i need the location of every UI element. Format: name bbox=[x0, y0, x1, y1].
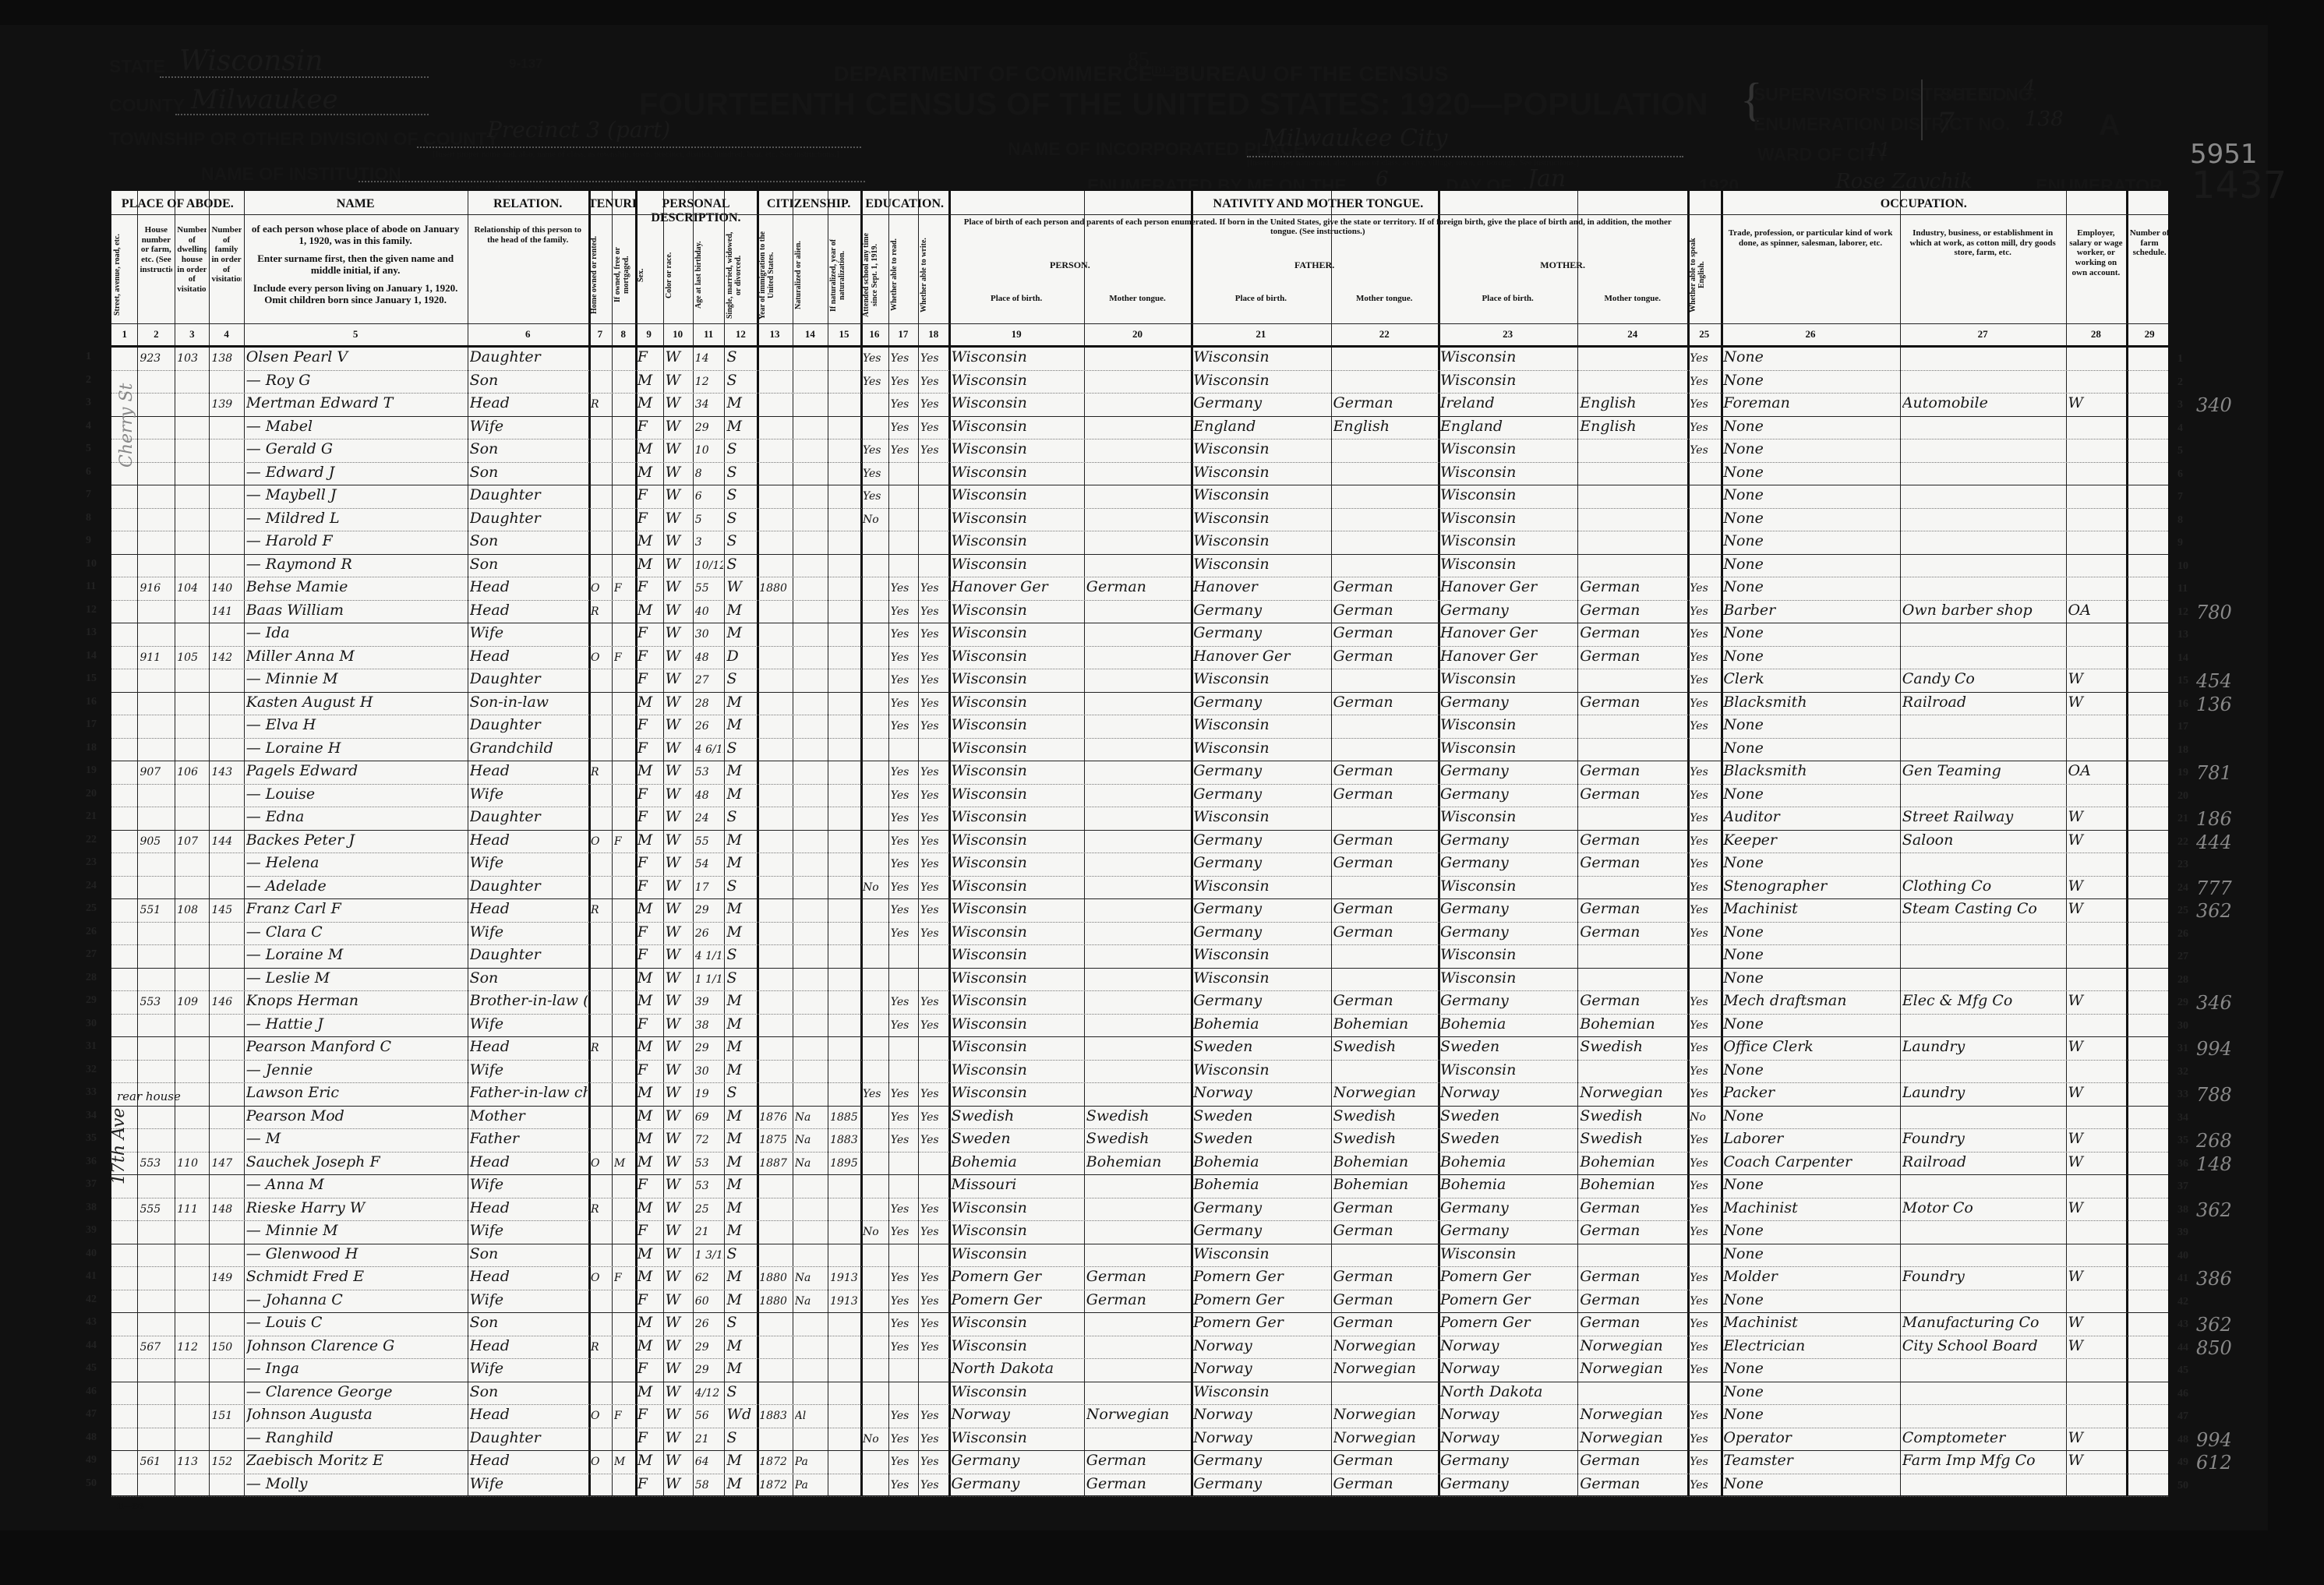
cell-relation: Head bbox=[470, 394, 588, 411]
cell-industry: Automobile bbox=[1902, 394, 2065, 411]
cell-nat: Pa bbox=[795, 1479, 827, 1491]
column-header-c7: Home owned or rented. bbox=[590, 228, 610, 322]
cell-house: 553 bbox=[140, 996, 174, 1008]
line-number-right: 38 bbox=[2177, 1204, 2188, 1216]
cell-sex: M bbox=[638, 1038, 662, 1055]
cell-relation: Wife bbox=[470, 1176, 588, 1193]
cell-mpob: Wisconsin bbox=[1440, 740, 1577, 757]
table-row[interactable]: Pearson Manford CHeadRMW29MWisconsinSwed… bbox=[111, 1036, 2168, 1060]
table-row[interactable]: 567112150Johnson Clarence GHeadRMW29MYes… bbox=[111, 1336, 2168, 1359]
cell-mpob: Hanover Ger bbox=[1440, 624, 1577, 641]
cell-english: Yes bbox=[1690, 881, 1720, 894]
cell-mpob: Norway bbox=[1440, 1406, 1577, 1423]
table-row[interactable]: — Harold FSonMW3SWisconsinWisconsinWisco… bbox=[111, 531, 2168, 554]
line-number-right: 37 bbox=[2177, 1181, 2188, 1193]
table-row[interactable]: — Leslie MSonMW1 1/12SWisconsinWisconsin… bbox=[111, 968, 2168, 991]
table-row[interactable]: — Hattie JWifeFW38MYesYesWisconsinBohemi… bbox=[111, 1014, 2168, 1037]
form-number: 9-137 bbox=[509, 56, 542, 72]
cell-age: 4 1/12 bbox=[695, 950, 724, 962]
cell-marital: S bbox=[726, 1383, 756, 1400]
column-header-c25: Whether able to speak English. bbox=[1689, 228, 1719, 322]
name-header-line: Enter surname first, then the given name… bbox=[249, 253, 463, 277]
cell-write: Yes bbox=[920, 674, 948, 687]
cell-read: Yes bbox=[891, 812, 917, 824]
cell-sex: M bbox=[638, 831, 662, 849]
cell-name: — Minnie M bbox=[246, 670, 467, 687]
column-header-c6: Relationship of this person to the head … bbox=[470, 225, 586, 245]
cell-read: Yes bbox=[891, 835, 917, 848]
line-number-left: 2 bbox=[86, 374, 91, 387]
cell-sex: F bbox=[638, 348, 662, 365]
column-header-c17: Whether able to read. bbox=[890, 228, 917, 322]
cell-read: Yes bbox=[891, 582, 917, 595]
line-number-right: 23 bbox=[2177, 859, 2188, 871]
cell-marital: M bbox=[726, 694, 756, 711]
cell-read: Yes bbox=[891, 1410, 917, 1422]
cell-mpob: Wisconsin bbox=[1440, 877, 1577, 895]
cell-name: — Raymond R bbox=[246, 556, 467, 573]
cell-trade: Packer bbox=[1723, 1084, 1898, 1101]
cell-write: Yes bbox=[920, 1203, 948, 1216]
cell-dwelling: 107 bbox=[177, 835, 208, 848]
column-header-c15: If naturalized, year of naturalization. bbox=[829, 228, 859, 322]
cell-mort: F bbox=[614, 835, 634, 848]
line-number-right: 17 bbox=[2177, 721, 2188, 733]
cell-mtongue: German bbox=[1580, 785, 1686, 803]
cell-marital: M bbox=[726, 1337, 756, 1354]
cell-write: Yes bbox=[920, 1019, 948, 1032]
column-number: 5 bbox=[244, 328, 468, 341]
table-row[interactable]: 553110147Sauchek Joseph FHeadOMMW53M1887… bbox=[111, 1152, 2168, 1175]
table-row[interactable]: — JennieWifeFW30MWisconsinWisconsinWisco… bbox=[111, 1060, 2168, 1083]
group-header-relation: RELATION. bbox=[468, 197, 588, 211]
table-row[interactable]: — Glenwood HSonMW1 3/12SWisconsinWiscons… bbox=[111, 1244, 2168, 1267]
table-row[interactable]: — Clara CWifeFW26MYesYesWisconsinGermany… bbox=[111, 922, 2168, 945]
cell-read: Yes bbox=[891, 651, 917, 664]
cell-trade: Mech draftsman bbox=[1723, 992, 1898, 1009]
cell-mtongue: German bbox=[1580, 1268, 1686, 1285]
pencil-occupation-code: 340 bbox=[2196, 394, 2232, 416]
table-row[interactable]: 905107144Backes Peter JHeadOFMW55MYesYes… bbox=[111, 830, 2168, 853]
table-row[interactable]: — Anna MWifeFW53MMissouriBohemiaBohemian… bbox=[111, 1174, 2168, 1198]
column-header-c23: Place of birth. bbox=[1440, 294, 1575, 304]
cell-marital: M bbox=[726, 1038, 756, 1055]
cell-pob: Wisconsin bbox=[951, 1337, 1083, 1354]
cell-name: — Glenwood H bbox=[246, 1245, 467, 1262]
subgroup-person: PERSON. bbox=[948, 259, 1191, 271]
cell-trade: None bbox=[1723, 1015, 1898, 1033]
table-row[interactable]: — Minnie MDaughterFW27SYesYesWisconsinWi… bbox=[111, 669, 2168, 692]
table-row[interactable]: 911105142Miller Anna MHeadOFFW48DYesYesW… bbox=[111, 646, 2168, 669]
cell-race: W bbox=[666, 1337, 692, 1354]
cell-pob: Wisconsin bbox=[951, 740, 1083, 757]
column-header-c9: Sex. bbox=[637, 228, 662, 322]
table-row[interactable]: — Clarence GeorgeSonMW4/12SWisconsinWisc… bbox=[111, 1382, 2168, 1405]
cell-age: 29 bbox=[695, 422, 724, 434]
cell-family: 146 bbox=[211, 996, 242, 1008]
cell-marital: M bbox=[726, 1061, 756, 1078]
cell-english: Yes bbox=[1690, 1433, 1720, 1446]
cell-ftongue: German bbox=[1333, 648, 1437, 665]
column-header-c16: Attended school any time since Sept. 1, … bbox=[862, 228, 887, 322]
cell-trade: None bbox=[1723, 1360, 1898, 1377]
cell-ftongue: German bbox=[1333, 1475, 1437, 1492]
table-row[interactable]: 149Schmidt Fred EHeadOFMW62M1880Na1913Ye… bbox=[111, 1266, 2168, 1290]
cell-ftongue: German bbox=[1333, 1222, 1437, 1239]
cell-name: — Minnie M bbox=[246, 1222, 467, 1239]
table-row[interactable]: 141Baas WilliamHeadRMW40MYesYesWisconsin… bbox=[111, 600, 2168, 623]
table-row[interactable]: Pearson ModMotherMW69M1876Na1885YesYesSw… bbox=[111, 1106, 2168, 1129]
cell-fpob: Wisconsin bbox=[1193, 1245, 1330, 1262]
cell-relation: Daughter bbox=[470, 1429, 588, 1446]
cell-tongue: German bbox=[1086, 578, 1190, 595]
cell-sex: M bbox=[638, 1130, 662, 1147]
cell-ftongue: German bbox=[1333, 1314, 1437, 1331]
cell-mpob: Germany bbox=[1440, 992, 1577, 1009]
cell-pob: Wisconsin bbox=[951, 1383, 1083, 1400]
cell-relation: Head bbox=[470, 900, 588, 917]
pencil-occupation-code: 850 bbox=[2196, 1337, 2232, 1359]
cell-write: Yes bbox=[920, 1318, 948, 1330]
cell-marital: M bbox=[726, 900, 756, 917]
line-number-right: 26 bbox=[2177, 928, 2188, 941]
cell-fpob: Pomern Ger bbox=[1193, 1291, 1330, 1308]
cell-age: 72 bbox=[695, 1134, 724, 1146]
name-header-line: of each person whose place of abode on J… bbox=[249, 224, 463, 247]
line-number-left: 10 bbox=[86, 558, 97, 570]
rear-house-note: rear house bbox=[117, 1089, 181, 1103]
cell-marital: M bbox=[726, 762, 756, 779]
table-row[interactable]: 553109146Knops HermanBrother-in-law (Hea… bbox=[111, 990, 2168, 1014]
pencil-occupation-code: 362 bbox=[2196, 1314, 2232, 1336]
line-number-left: 12 bbox=[86, 604, 97, 616]
cell-age: 29 bbox=[695, 1042, 724, 1054]
cell-class: W bbox=[2068, 394, 2126, 411]
cell-ftongue: German bbox=[1333, 694, 1437, 711]
table-row[interactable]: 151Johnson AugustaHeadOFFW56Wd1883AlYesY… bbox=[111, 1404, 2168, 1428]
cell-race: W bbox=[666, 785, 692, 803]
table-row[interactable]: — EdnaDaughterFW24SYesYesWisconsinWiscon… bbox=[111, 807, 2168, 830]
cell-name: — Loraine M bbox=[246, 946, 467, 963]
cell-fpob: Wisconsin bbox=[1193, 670, 1330, 687]
cell-mort: M bbox=[614, 1456, 634, 1468]
cell-age: 48 bbox=[695, 789, 724, 802]
table-row[interactable]: — Edward JSonMW8SYesWisconsinWisconsinWi… bbox=[111, 462, 2168, 485]
cell-sex: F bbox=[638, 1176, 662, 1193]
cell-ftongue: German bbox=[1333, 394, 1437, 411]
cell-ftongue: Norwegian bbox=[1333, 1429, 1437, 1446]
cell-marital: S bbox=[726, 877, 756, 895]
line-number-right: 19 bbox=[2177, 767, 2188, 779]
cell-ftongue: German bbox=[1333, 578, 1437, 595]
cell-fpob: Hanover Ger bbox=[1193, 648, 1330, 665]
line-number-left: 17 bbox=[86, 718, 97, 731]
cell-mtongue: German bbox=[1580, 694, 1686, 711]
table-row[interactable]: — MabelWifeFW29MYesYesWisconsinEnglandEn… bbox=[111, 416, 2168, 439]
table-row[interactable]: — HelenaWifeFW54MYesYesWisconsinGermanyG… bbox=[111, 853, 2168, 876]
table-row[interactable]: 916104140Behse MamieHeadOFFW55W1880YesYe… bbox=[111, 577, 2168, 600]
cell-race: W bbox=[666, 1245, 692, 1262]
cell-mtongue: German bbox=[1580, 602, 1686, 619]
table-row[interactable]: — Gerald GSonMW10SYesYesYesWisconsinWisc… bbox=[111, 439, 2168, 462]
cell-age: 53 bbox=[695, 766, 724, 778]
column-number: 16 bbox=[860, 328, 888, 341]
cell-marital: M bbox=[726, 624, 756, 641]
cell-relation: Brother-in-law (Head) bbox=[470, 992, 588, 1009]
cell-write: Yes bbox=[920, 720, 948, 732]
line-number-left: 11 bbox=[86, 581, 96, 593]
cell-relation: Son bbox=[470, 556, 588, 573]
column-header-c1: Street, avenue, road, etc. bbox=[113, 228, 136, 322]
cell-read: Yes bbox=[891, 904, 917, 916]
line-number-left: 9 bbox=[86, 535, 91, 547]
cell-pob: Wisconsin bbox=[951, 716, 1083, 733]
table-row[interactable]: — RanghildDaughterFW21SNoYesYesWisconsin… bbox=[111, 1428, 2168, 1451]
cell-industry: Gen Teaming bbox=[1902, 762, 2065, 779]
cell-race: W bbox=[666, 578, 692, 595]
cell-english: Yes bbox=[1690, 1479, 1720, 1491]
cell-mpob: Wisconsin bbox=[1440, 808, 1577, 825]
cell-trade: Electrician bbox=[1723, 1337, 1898, 1354]
cell-marital: M bbox=[726, 716, 756, 733]
ward-value: 11 bbox=[1867, 139, 1891, 161]
cell-age: 4/12 bbox=[695, 1387, 724, 1400]
cell-mtongue: German bbox=[1580, 578, 1686, 595]
table-row[interactable]: — Johanna CWifeFW60M1880Na1913YesYesPome… bbox=[111, 1290, 2168, 1313]
cell-english: Yes bbox=[1690, 1157, 1720, 1170]
cell-marital: M bbox=[726, 1291, 756, 1308]
cell-fpob: Wisconsin bbox=[1193, 1061, 1330, 1078]
cell-mpob: Hanover Ger bbox=[1440, 578, 1577, 595]
cell-mort: F bbox=[614, 582, 634, 595]
cell-pob: Pomern Ger bbox=[951, 1291, 1083, 1308]
line-number-left: 40 bbox=[86, 1248, 97, 1260]
line-number-right: 30 bbox=[2177, 1020, 2188, 1033]
cell-name: — Maybell J bbox=[246, 486, 467, 503]
cell-trade: None bbox=[1723, 716, 1898, 733]
table-row[interactable]: — AdeladeDaughterFW17SNoYesYesWisconsinW… bbox=[111, 876, 2168, 899]
table-row[interactable]: — IngaWifeFW29MNorth DakotaNorwayNorwegi… bbox=[111, 1358, 2168, 1382]
column-number: 24 bbox=[1577, 328, 1687, 341]
cell-marital: S bbox=[726, 1429, 756, 1446]
cell-race: W bbox=[666, 992, 692, 1009]
line-number-right: 49 bbox=[2177, 1456, 2188, 1469]
cell-english: Yes bbox=[1690, 376, 1720, 388]
cell-mpob: Bohemia bbox=[1440, 1015, 1577, 1033]
line-number-left: 37 bbox=[86, 1178, 97, 1191]
cell-english: Yes bbox=[1690, 651, 1720, 664]
cell-name: — Ranghild bbox=[246, 1429, 467, 1446]
line-number-left: 39 bbox=[86, 1224, 97, 1237]
cell-relation: Daughter bbox=[470, 486, 588, 503]
cell-fpob: Germany bbox=[1193, 785, 1330, 803]
cell-industry: Manufacturing Co bbox=[1902, 1314, 2065, 1331]
cell-mtongue: German bbox=[1580, 624, 1686, 641]
cell-sex: F bbox=[638, 1291, 662, 1308]
cell-fpob: Wisconsin bbox=[1193, 969, 1330, 987]
line-number-right: 20 bbox=[2177, 790, 2188, 803]
cell-age: 53 bbox=[695, 1180, 724, 1192]
line-number-left: 50 bbox=[86, 1477, 97, 1490]
cell-pob: Wisconsin bbox=[951, 1061, 1083, 1078]
cell-marital: S bbox=[726, 372, 756, 389]
line-number-right: 21 bbox=[2177, 813, 2188, 825]
cell-family: 141 bbox=[211, 605, 242, 618]
cell-class: W bbox=[2068, 1337, 2126, 1354]
cell-fpob: England bbox=[1193, 418, 1330, 435]
cell-ftongue: Swedish bbox=[1333, 1107, 1437, 1124]
table-row[interactable]: — Louis CSonMW26SYesYesWisconsinPomern G… bbox=[111, 1312, 2168, 1336]
line-number-right: 6 bbox=[2177, 468, 2183, 481]
cell-trade: None bbox=[1723, 923, 1898, 941]
cell-pob: Wisconsin bbox=[951, 762, 1083, 779]
cell-mtongue: German bbox=[1580, 1314, 1686, 1331]
cell-english: Yes bbox=[1690, 1203, 1720, 1216]
table-row[interactable]: 551108145Franz Carl FHeadRMW29MYesYesWis… bbox=[111, 898, 2168, 922]
line-number-right: 35 bbox=[2177, 1135, 2188, 1147]
cell-mtongue: German bbox=[1580, 648, 1686, 665]
cell-mpob: Wisconsin bbox=[1440, 510, 1577, 527]
cell-pob: Wisconsin bbox=[951, 464, 1083, 481]
cell-ftongue: Bohemian bbox=[1333, 1015, 1437, 1033]
table-row[interactable]: — LouiseWifeFW48MYesYesWisconsinGermanyG… bbox=[111, 784, 2168, 807]
column-header-c21: Place of birth. bbox=[1193, 294, 1328, 304]
cell-age: 17 bbox=[695, 881, 724, 894]
cell-family: 145 bbox=[211, 904, 242, 916]
cell-school: Yes bbox=[863, 490, 888, 503]
cell-relation: Son bbox=[470, 440, 588, 457]
cell-fpob: Wisconsin bbox=[1193, 716, 1330, 733]
group-header-name: NAME bbox=[244, 197, 468, 211]
cell-tongue: Norwegian bbox=[1086, 1406, 1190, 1423]
table-row[interactable]: 139Mertman Edward THeadRMW34MYesYesWisco… bbox=[111, 393, 2168, 416]
table-row[interactable]: — Loraine MDaughterFW4 1/12SWisconsinWis… bbox=[111, 944, 2168, 968]
table-row[interactable]: — Loraine HGrandchildFW4 6/12SWisconsinW… bbox=[111, 738, 2168, 761]
table-row[interactable]: — Elva HDaughterFW26MYesYesWisconsinWisc… bbox=[111, 715, 2168, 738]
line-number-right: 29 bbox=[2177, 997, 2188, 1009]
cell-fpob: Bohemia bbox=[1193, 1153, 1330, 1170]
cell-fpob: Pomern Ger bbox=[1193, 1268, 1330, 1285]
cell-sex: M bbox=[638, 602, 662, 619]
pencil-occupation-code: 386 bbox=[2196, 1268, 2232, 1290]
cell-pob: Bohemia bbox=[951, 1153, 1083, 1170]
line-number-right: 41 bbox=[2177, 1273, 2188, 1285]
line-number-right: 31 bbox=[2177, 1043, 2188, 1055]
cell-fpob: Germany bbox=[1193, 1222, 1330, 1239]
table-row[interactable]: 923103138Olsen Pearl VDaughterFW14SYesYe… bbox=[111, 347, 2168, 370]
cell-pob: Wisconsin bbox=[951, 877, 1083, 895]
cell-read: Yes bbox=[891, 1203, 917, 1216]
line-number-left: 34 bbox=[86, 1110, 97, 1122]
cell-mpob: Norway bbox=[1440, 1429, 1577, 1446]
cell-trade: None bbox=[1723, 1107, 1898, 1124]
table-row[interactable]: 555111148Rieske Harry WHeadRMW25MYesYesW… bbox=[111, 1198, 2168, 1221]
table-row[interactable]: Lawson EricFather-in-law childMW19SYesYe… bbox=[111, 1082, 2168, 1106]
cell-dwelling: 109 bbox=[177, 996, 208, 1008]
cell-ftongue: German bbox=[1333, 900, 1437, 917]
cell-name: — Leslie M bbox=[246, 969, 467, 987]
table-row[interactable]: — Mildred LDaughterFW5SNoWisconsinWiscon… bbox=[111, 508, 2168, 531]
table-row[interactable]: — Minnie MWifeFW21MNoYesYesWisconsinGerm… bbox=[111, 1220, 2168, 1244]
cell-ftongue: Swedish bbox=[1333, 1130, 1437, 1147]
cell-trade: Coach Carpenter bbox=[1723, 1153, 1898, 1170]
cell-age: 30 bbox=[695, 1065, 724, 1078]
cell-fpob: Norway bbox=[1193, 1406, 1330, 1423]
line-number-right: 4 bbox=[2177, 422, 2183, 435]
cell-class: W bbox=[2068, 670, 2126, 687]
cell-dwelling: 112 bbox=[177, 1341, 208, 1354]
cell-sex: F bbox=[638, 1222, 662, 1239]
column-header-c22: Mother tongue. bbox=[1333, 294, 1436, 304]
cell-fpob: Germany bbox=[1193, 854, 1330, 871]
cell-marital: M bbox=[726, 1015, 756, 1033]
cell-relation: Head bbox=[470, 762, 588, 779]
table-row[interactable]: 561113152Zaebisch Moritz EHeadOMMW64M187… bbox=[111, 1450, 2168, 1474]
cell-english: Yes bbox=[1690, 605, 1720, 618]
cell-pob: Wisconsin bbox=[951, 1199, 1083, 1216]
cell-marital: M bbox=[726, 1153, 756, 1170]
table-row[interactable]: — Roy GSonMW12SYesYesYesWisconsinWiscons… bbox=[111, 370, 2168, 394]
table-row[interactable]: — MFatherMW72M1875Na1883YesYesSwedenSwed… bbox=[111, 1128, 2168, 1152]
cell-industry: Elec & Mfg Co bbox=[1902, 992, 2065, 1009]
cell-fpob: Wisconsin bbox=[1193, 348, 1330, 365]
line-number-left: 27 bbox=[86, 948, 97, 961]
cell-sex: M bbox=[638, 440, 662, 457]
cell-race: W bbox=[666, 854, 692, 871]
cell-fpob: Germany bbox=[1193, 624, 1330, 641]
cell-mpob: Sweden bbox=[1440, 1107, 1577, 1124]
cell-sex: M bbox=[638, 1337, 662, 1354]
cell-read: Yes bbox=[891, 789, 917, 802]
cell-write: Yes bbox=[920, 881, 948, 894]
cell-mort: F bbox=[614, 651, 634, 664]
cell-marital: S bbox=[726, 440, 756, 457]
cell-sex: M bbox=[638, 1452, 662, 1469]
scan-bottom-border bbox=[0, 1530, 2324, 1585]
line-number-right: 34 bbox=[2177, 1112, 2188, 1124]
cell-sex: F bbox=[638, 808, 662, 825]
cell-immig: 1876 bbox=[759, 1111, 791, 1124]
cell-sex: M bbox=[638, 1153, 662, 1170]
cell-nat: Na bbox=[795, 1111, 827, 1124]
cell-fpob: Germany bbox=[1193, 694, 1330, 711]
cell-race: W bbox=[666, 464, 692, 481]
cell-age: 27 bbox=[695, 674, 724, 687]
table-row[interactable]: Kasten August HSon-in-lawMW28MYesYesWisc… bbox=[111, 692, 2168, 715]
cell-mpob: Germany bbox=[1440, 785, 1577, 803]
cell-own: O bbox=[591, 835, 611, 848]
cell-mtongue: English bbox=[1580, 394, 1686, 411]
cell-own: R bbox=[591, 904, 611, 916]
cell-ftongue: English bbox=[1333, 418, 1437, 435]
cell-trade: Machinist bbox=[1723, 900, 1898, 917]
column-number: 25 bbox=[1687, 328, 1721, 341]
table-row[interactable]: 907106143Pagels EdwardHeadRMW53MYesYesWi… bbox=[111, 761, 2168, 784]
cell-immig: 1872 bbox=[759, 1456, 791, 1468]
cell-name: Zaebisch Moritz E bbox=[246, 1452, 467, 1469]
cell-industry: Street Railway bbox=[1902, 808, 2065, 825]
column-number: 3 bbox=[175, 328, 209, 341]
cell-age: 29 bbox=[695, 1341, 724, 1354]
table-row[interactable]: — Maybell JDaughterFW6SYesWisconsinWisco… bbox=[111, 485, 2168, 508]
table-row[interactable]: — IdaWifeFW30MYesYesWisconsinGermanyGerm… bbox=[111, 623, 2168, 646]
table-row[interactable]: — Raymond RSonMW10/12SWisconsinWisconsin… bbox=[111, 554, 2168, 577]
row-rule bbox=[111, 1496, 2168, 1497]
table-row[interactable]: — MollyWifeFW58M1872PaYesYesGermanyGerma… bbox=[111, 1474, 2168, 1497]
cell-age: 34 bbox=[695, 398, 724, 411]
cell-name: Rieske Harry W bbox=[246, 1199, 467, 1216]
column-number: 23 bbox=[1438, 328, 1577, 341]
